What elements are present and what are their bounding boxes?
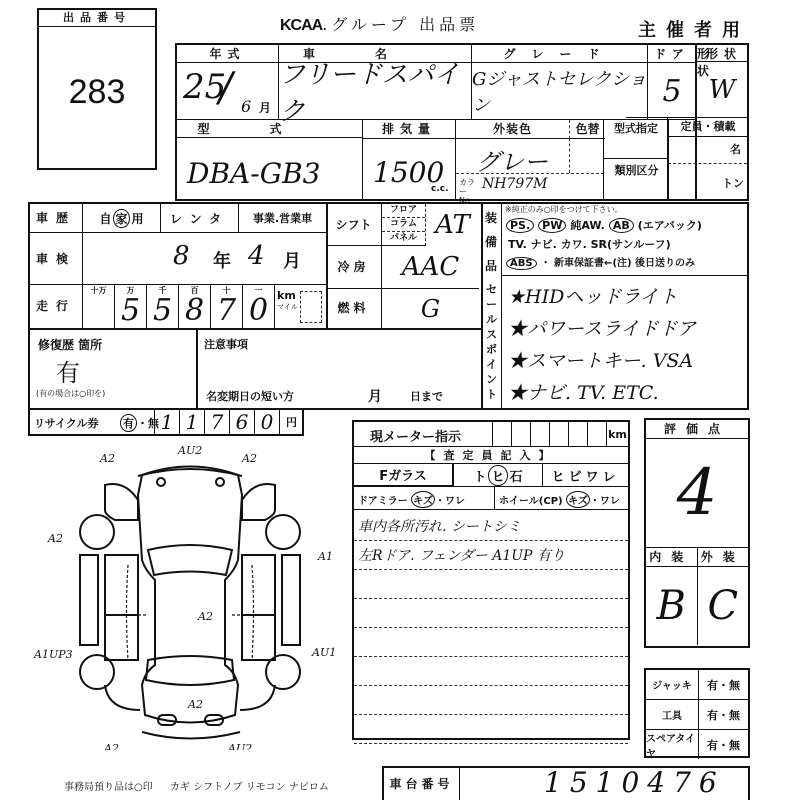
vehicle-grid: 年式 車名 グレード ドア 形状 25 / 6 月 フリードスパイク Gジャスト… — [175, 43, 697, 201]
damage-mark: AU2 — [177, 444, 202, 457]
damage-mark: AU1 — [311, 646, 336, 659]
fuel: G — [381, 289, 479, 328]
ac: AAC — [381, 246, 479, 289]
shift-label: シフト — [326, 204, 381, 246]
damage-mark: A2 — [47, 532, 63, 545]
repair-block: 修復歴 箇所 有 (有の場合は○印を) — [28, 330, 198, 410]
accessories-table: ジャッキ有・無工具有・無スペアタイヤ有・無 — [644, 668, 750, 758]
damage-mark: A2 — [103, 742, 119, 750]
chassis-box: 車台番号 1510476 — [382, 766, 750, 800]
mirror-options[interactable]: ドアミラー キズ・ワレ — [358, 491, 465, 508]
accessory-row: ジャッキ有・無 — [646, 670, 748, 700]
glass-options[interactable]: ト ヒ 石 — [454, 464, 542, 487]
damage-mark: A1 — [317, 550, 333, 563]
damage-mark: A2 — [197, 610, 213, 623]
recycle-amount: 11760円 — [154, 410, 304, 434]
damage-mark: A2 — [99, 452, 115, 465]
mileage-digits: 十万万5千5百8十7一0kmマイル — [82, 285, 326, 328]
score-box: 評価点 4 内装 外装 B C — [644, 418, 750, 648]
mileage-label: 走行 — [30, 285, 82, 328]
history-rental[interactable]: レンタ — [160, 204, 238, 233]
color-number: NH797M — [482, 176, 548, 192]
sales-point-item: ★パワースライドドア — [508, 314, 696, 341]
mileage-digit: 十万 — [82, 285, 114, 328]
shift: AT — [426, 204, 479, 246]
inspector-note-line: 車内各所汚れ. シートシミ — [354, 512, 628, 541]
sales-point-item: ★スマートキー. VSA — [508, 346, 693, 373]
history-block: 車歴 自家用 レンタ 事業.営業車 車検 8 年 4 月 走行 十万万5千5百8… — [28, 202, 328, 330]
displacement-label: 排気量 — [363, 120, 455, 139]
accessory-row: 工具有・無 — [646, 700, 748, 730]
year-label: 年式 — [177, 45, 278, 63]
color-label: 外装色 — [456, 120, 569, 139]
chassis-number: 1510476 — [544, 766, 725, 799]
inspector-note-line — [354, 686, 628, 715]
inspector-note-line — [354, 570, 628, 599]
fuel-label: 燃料 — [326, 289, 381, 328]
capacity-label: 定員・積載 — [668, 118, 748, 136]
exterior-score: C — [698, 567, 749, 645]
lot-number-box: 出品番号 283 — [37, 8, 157, 170]
inspector-note-line — [354, 715, 628, 744]
interior-score: B — [646, 567, 698, 645]
mileage-digit: 千5 — [146, 285, 178, 328]
type-designation-label: 型式指定 — [604, 120, 668, 138]
inspection-value: 8 年 4 月 — [82, 233, 326, 285]
history-private[interactable]: 自家用 — [82, 204, 160, 233]
equipment-line-1: PS.PW純AW.AB(エアバック) — [502, 217, 747, 233]
inspector-note-line: 左Rドア. フェンダー A1UP 有り — [354, 541, 628, 570]
repair-value: 有 — [30, 353, 196, 388]
accessory-row: スペアタイヤ有・無 — [646, 730, 748, 759]
sales-points-label: セールスポイント — [486, 282, 498, 402]
inspector-note-line — [354, 599, 628, 628]
color: グレー — [476, 142, 548, 177]
mileage-digit: 十7 — [210, 285, 242, 328]
ac-label: 冷房 — [326, 246, 381, 289]
form-title: KCAA.グループ 出品票 — [280, 12, 479, 35]
inspector-notes: 車内各所汚れ. シートシミ左Rドア. フェンダー A1UP 有り — [354, 512, 628, 744]
lot-number: 283 — [39, 73, 155, 112]
shape: W — [697, 62, 747, 118]
history-label: 車歴 — [30, 204, 82, 233]
sales-points-list: ★HIDヘッドライト★パワースライドドア★スマートキー. VSA★ナビ. TV.… — [501, 276, 747, 408]
inspector-note-line — [354, 628, 628, 657]
wheel-options[interactable]: ホイール(CP) キズ・ワレ — [494, 487, 620, 509]
grade: Gジャストセレクション — [471, 63, 647, 119]
doors: 5 — [647, 63, 696, 119]
car-name: フリードスパイク — [278, 63, 471, 119]
office-note: 事務局預り品は○印 カギ シフトノブ リモコン ナビロム — [64, 778, 329, 793]
overall-score: 4 — [646, 439, 748, 548]
history-commercial[interactable]: 事業.営業車 — [238, 204, 326, 233]
recycle-block: リサイクル券 有・無 11760円 — [28, 410, 304, 436]
equipment-label: 装備品 — [485, 206, 499, 278]
damage-mark: A2 — [187, 698, 203, 711]
damage-mark: AU2 — [227, 742, 252, 750]
inspection-label: 車検 — [30, 233, 82, 285]
model-label: 型式 — [177, 120, 362, 138]
car-damage-diagram: A2AU2A2A2A1A2A1UP3AU1A2A2A2AU2 — [30, 440, 350, 750]
year-value: 25 / 6 月 — [177, 63, 278, 119]
brand-logo: KCAA — [280, 17, 322, 34]
color-change-label: 色替 — [569, 120, 605, 139]
sales-point-item: ★HIDヘッドライト — [508, 282, 678, 309]
equipment-line-3: ABS・ 新車保証書←(注) 後日送りのみ — [502, 254, 747, 270]
inspector-note-line — [354, 657, 628, 686]
lot-number-label: 出品番号 — [39, 10, 155, 27]
mileage-digit: 一0 — [242, 285, 274, 328]
mileage-digit: 万5 — [114, 285, 146, 328]
model: DBA-GB3 — [187, 157, 320, 190]
sales-point-item: ★ナビ. TV. ETC. — [508, 378, 659, 405]
damage-mark: A2 — [241, 452, 257, 465]
inspector-box: 現メーター指示 km 【査定員記入】 Fガラス ト ヒ 石 ヒビワレ ドアミラー… — [352, 420, 630, 740]
grade-label: グレード — [471, 45, 647, 63]
caution-block: 注意事項 名変期日の短い方 月 日まで — [196, 330, 483, 410]
category-label: 類別区分 — [604, 158, 669, 178]
doors-label: ドア — [647, 45, 696, 63]
drivetrain-block: シフト フロア コラム パネル AT 冷房 AAC 燃料 G — [326, 202, 483, 330]
damage-mark: A1UP3 — [33, 648, 73, 661]
mileage-digit: 百8 — [178, 285, 210, 328]
equipment-block: 装備品 ※純正のみ○印をつけて下さい。 PS.PW純AW.AB(エアバック) T… — [481, 202, 749, 410]
copy-label: 主催者用 — [638, 16, 750, 42]
